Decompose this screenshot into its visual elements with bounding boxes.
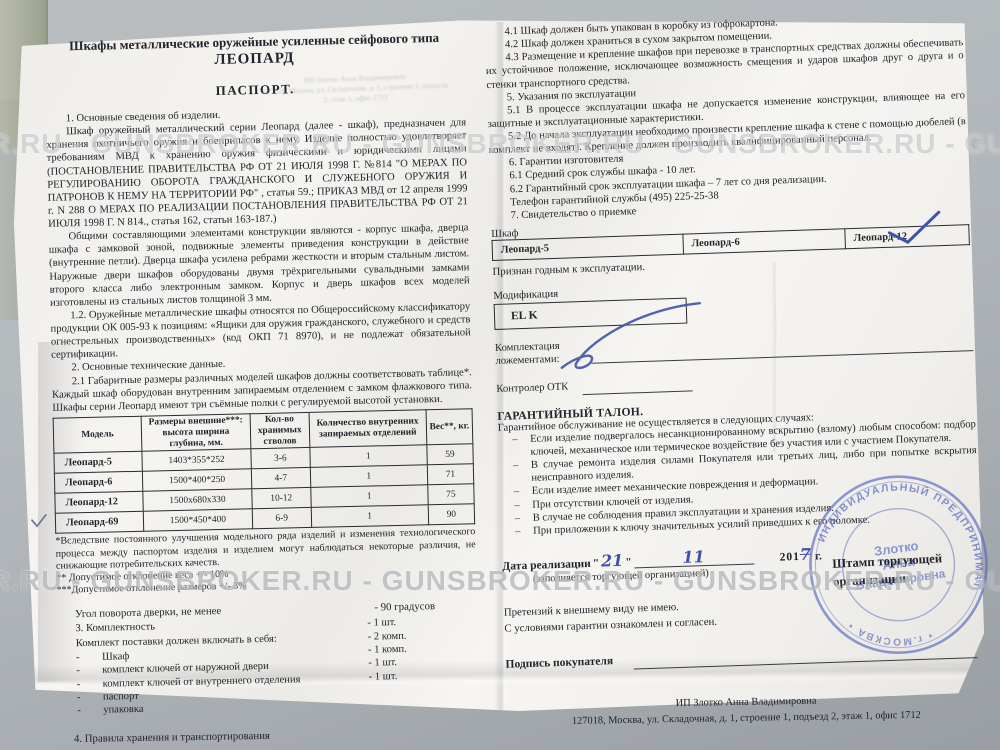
cell-model: Леопард-12	[55, 492, 143, 514]
dash-bullet: –	[514, 498, 532, 512]
spec-header-size: Размеры внешние***: высота ширина глубин…	[141, 414, 251, 452]
lodgement-row: Комплектация ложементами:	[495, 326, 974, 372]
handwritten-month: 11	[682, 547, 705, 567]
list-item-label: упаковка	[103, 703, 144, 717]
cell-size: 1500x680x330	[143, 489, 252, 511]
dash-bullet: –	[515, 525, 533, 539]
paragraph-classification: 1.2. Оружейные металлические шкафы относ…	[50, 300, 471, 362]
door-angle-label: Угол поворота дверки, не менее	[75, 605, 221, 620]
cell-model: Леопард-69	[55, 512, 143, 534]
quantity-value: - 1 шт.	[367, 616, 406, 630]
cell-model: Леопард-6	[54, 472, 142, 494]
left-page: ИП Злотко Анна Владимировна 127018, Моск…	[44, 29, 480, 746]
door-angle-value: - 90 градусов	[374, 600, 435, 613]
cell-barrels: 3-6	[251, 448, 310, 469]
handwritten-day: 21	[601, 553, 624, 570]
right-page: 4.1 Шкаф должен быть упакован в коробку …	[484, 10, 985, 734]
cell-size: 1500*400*250	[142, 469, 251, 491]
section4-heading: 4. Правила хранения и транспортирования	[74, 726, 480, 744]
list-item-label: Шкаф	[102, 650, 130, 664]
completeness-section: 3. Комплектность Комплект поставки долже…	[75, 613, 479, 718]
cell-compartments: 1	[311, 505, 429, 528]
cell-compartments: 1	[309, 445, 427, 468]
dash-bullet: –	[514, 485, 532, 499]
sale-date-month-line: 11	[633, 547, 753, 568]
cell-size: 1403*355*252	[142, 449, 251, 471]
dash-bullet: -	[77, 691, 103, 705]
bleed-through-text: ИП Злотко Анна Владимировна 127018, Моск…	[260, 70, 451, 107]
paragraph-construction: Общими составляющими элементами конструк…	[48, 221, 470, 309]
dash-bullet: -	[76, 664, 102, 678]
paragraph-intro: Шкаф оружейный металлический серии Леопа…	[46, 116, 468, 231]
dash-bullet: -	[77, 704, 103, 718]
otk-signature-line	[583, 390, 693, 395]
cell-model: Леопард-5	[54, 452, 142, 474]
otk-row: Контролер ОТК	[496, 368, 974, 400]
cell-compartments: 1	[310, 465, 428, 488]
list-item-label: паспорт	[103, 690, 139, 704]
cell-compartments: 1	[310, 485, 428, 508]
cell-barrels: 4-7	[251, 468, 310, 489]
lodgement-label: Комплектация ложементами:	[495, 340, 561, 369]
acceptance-cell: Леопард-5	[492, 234, 683, 260]
spec-header-compartments: Количество внутренних запираемых отделен…	[309, 410, 427, 448]
dash-bullet: –	[515, 511, 533, 525]
spec-table-wrap: Модель Размеры внешние***: высота ширина…	[53, 408, 476, 534]
stamp-caption: Штамп торгующей организации	[832, 550, 944, 591]
cell-weight: 75	[428, 484, 475, 505]
cell-barrels: 6-9	[252, 508, 311, 529]
quantity-value: - 1 комп.	[368, 643, 407, 657]
quantity-column: - 1 шт. - 2 комп. - 1 комп. - 1 шт. - 1 …	[367, 616, 407, 684]
quantity-value: - 2 комп.	[368, 629, 407, 643]
dash-bullet: -	[76, 651, 102, 665]
dash-bullet: –	[513, 459, 532, 486]
pen-checkmark-icon	[885, 209, 944, 245]
signature-icon	[554, 301, 706, 372]
cell-barrels: 10-12	[252, 488, 311, 509]
spec-header-barrels: Кол-во хранимых стволов	[250, 412, 309, 449]
otk-label: Контролер ОТК	[496, 381, 568, 394]
dealer-stamp-area: ИНДИВИДУАЛЬНЫЙ ПРЕДПРИНИМАТЕЛЬ • г.МОСКВ…	[795, 461, 1000, 668]
quote-mark: "	[625, 556, 632, 568]
seller-footer: ИП Злотко Анна Владимировна 127018, Моск…	[507, 691, 985, 731]
modification-value: EL K	[511, 309, 538, 322]
quantity-value: - 1 шт.	[368, 656, 407, 670]
cell-weight: 71	[427, 464, 474, 485]
spec-header-weight: Вес**, кг.	[426, 409, 473, 445]
modification-label: Модификация	[493, 274, 971, 302]
dash-bullet: –	[512, 433, 531, 460]
quote-mark: "	[593, 557, 600, 569]
spec-header-model: Модель	[53, 416, 142, 453]
cell-size: 1500*450*400	[143, 509, 252, 531]
cell-weight: 59	[427, 444, 474, 465]
acceptance-cell: Леопард-6	[683, 229, 846, 254]
pen-checkmark-icon	[31, 514, 47, 528]
dash-bullet: -	[77, 677, 103, 691]
quantity-value: - 1 шт.	[368, 670, 407, 684]
spec-table: Модель Размеры внешние***: высота ширина…	[53, 408, 476, 534]
buyer-signature-label: Подпись покупателя	[505, 655, 613, 671]
sale-date-label: Дата реализации	[502, 558, 591, 573]
cell-weight: 90	[428, 504, 475, 525]
